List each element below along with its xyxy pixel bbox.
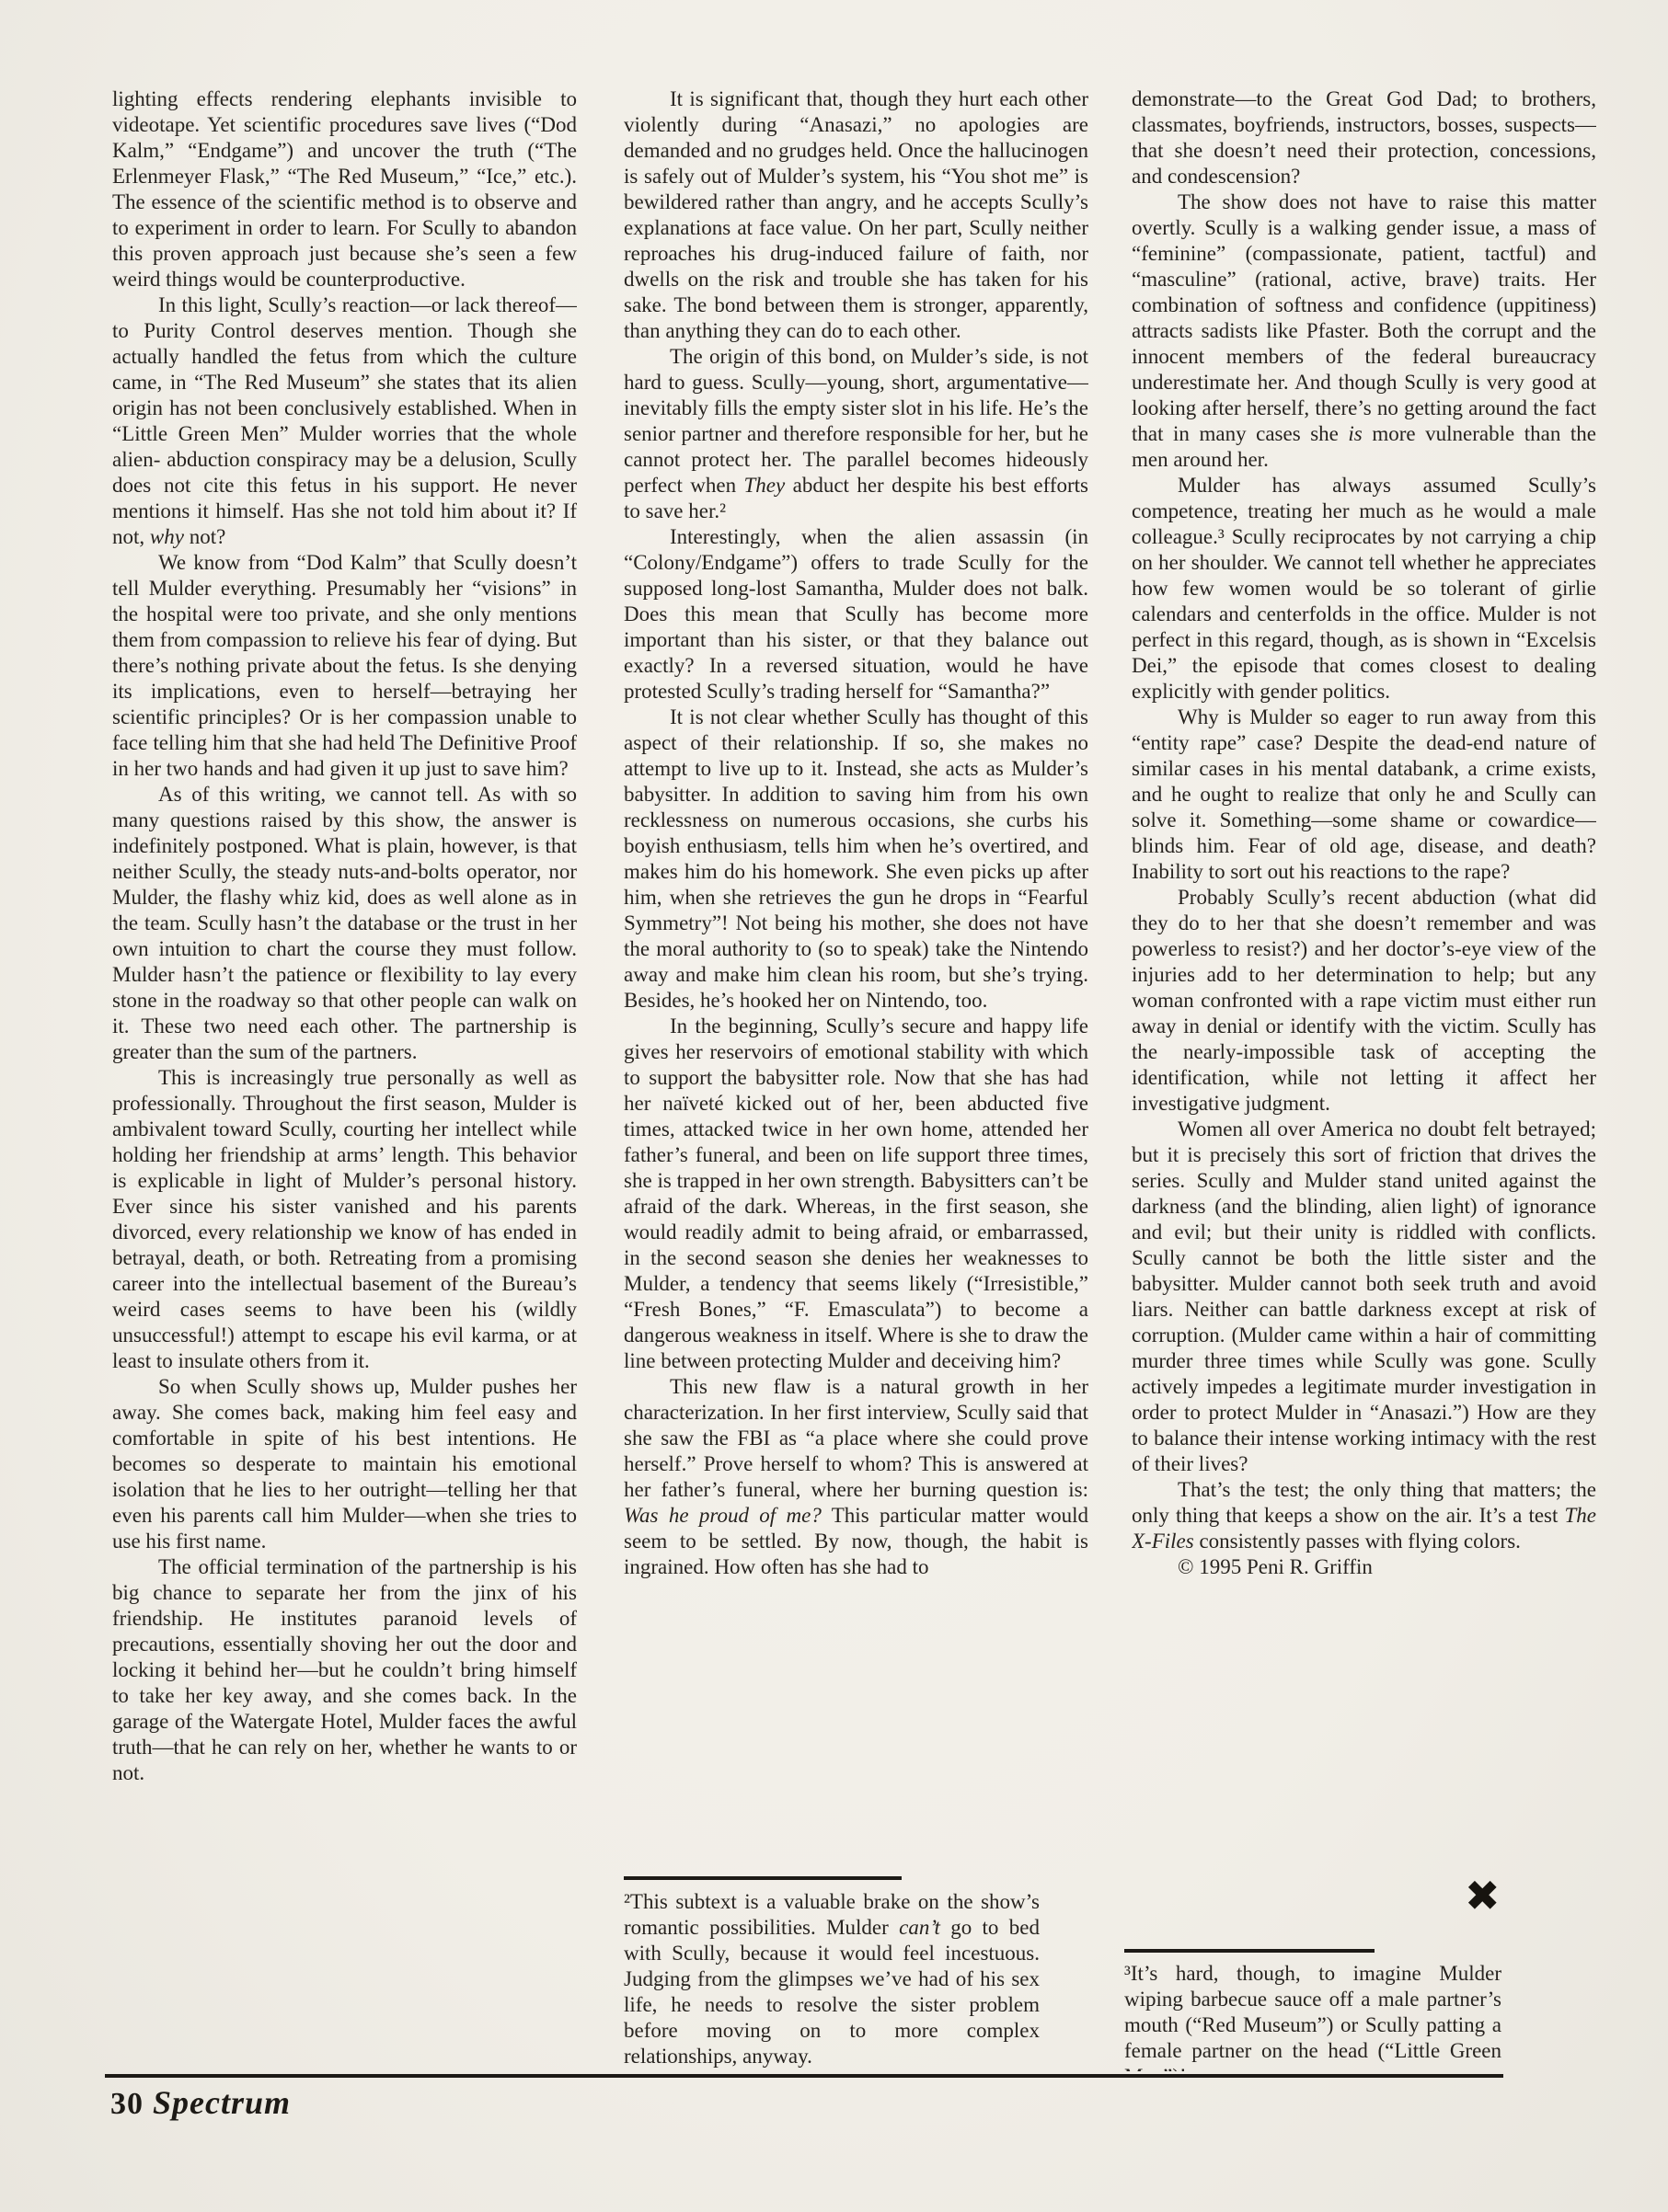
paragraph: As of this writing, we cannot tell. As w… <box>112 782 577 1065</box>
magazine-page: { "page": { "number": "30", "magazine": … <box>0 0 1668 2212</box>
paragraph: Why is Mulder so eager to run away from … <box>1132 705 1596 885</box>
paragraph: The show does not have to raise this mat… <box>1132 189 1596 473</box>
footnote-2-separator-rule <box>624 1876 902 1880</box>
article-column-1: lighting effects rendering elephants inv… <box>112 86 577 2068</box>
paragraph: lighting effects rendering elephants inv… <box>112 86 577 292</box>
footnote-3-separator-rule <box>1124 1949 1375 1953</box>
paragraph: Women all over America no doubt felt bet… <box>1132 1117 1596 1477</box>
paragraph: © 1995 Peni R. Griffin <box>1132 1554 1596 1580</box>
paragraph: ²This subtext is a valuable brake on the… <box>624 1889 1040 2069</box>
paragraph: This is increasingly true personally as … <box>112 1065 577 1374</box>
paragraph: The origin of this bond, on Mulder’s sid… <box>624 344 1088 524</box>
paragraph: We know from “Dod Kalm” that Scully does… <box>112 550 577 782</box>
footnote-2: ²This subtext is a valuable brake on the… <box>624 1889 1040 2073</box>
magazine-name: Spectrum <box>153 2084 291 2121</box>
paragraph: That’s the test; the only thing that mat… <box>1132 1477 1596 1554</box>
page-footer-rule <box>105 2074 1503 2078</box>
page-number: 30 <box>110 2087 144 2121</box>
paragraph: So when Scully shows up, Mulder pushes h… <box>112 1374 577 1554</box>
paragraph: ³It’s hard, though, to imagine Mulder wi… <box>1124 1961 1501 2071</box>
paragraph: In this light, Scully’s reaction—or lack… <box>112 292 577 550</box>
paragraph: In the beginning, Scully’s secure and ha… <box>624 1014 1088 1374</box>
paragraph: The official termination of the partners… <box>112 1554 577 1786</box>
paragraph: Interestingly, when the alien assassin (… <box>624 524 1088 705</box>
page-footer: 30Spectrum <box>110 2083 291 2122</box>
article-column-3: demonstrate—to the Great God Dad; to bro… <box>1132 86 1596 1946</box>
end-of-article-mark-icon: ✖ <box>1465 1874 1501 1917</box>
paragraph: Mulder has always assumed Scully’s compe… <box>1132 473 1596 705</box>
paragraph: It is significant that, though they hurt… <box>624 86 1088 344</box>
paragraph: This new flaw is a natural growth in her… <box>624 1374 1088 1580</box>
paragraph: demonstrate—to the Great God Dad; to bro… <box>1132 86 1596 189</box>
footnote-3: ³It’s hard, though, to imagine Mulder wi… <box>1124 1961 1501 2071</box>
paragraph: Probably Scully’s recent abduction (what… <box>1132 885 1596 1117</box>
article-column-2: It is significant that, though they hurt… <box>624 86 1088 1873</box>
paragraph: It is not clear whether Scully has thoug… <box>624 705 1088 1014</box>
